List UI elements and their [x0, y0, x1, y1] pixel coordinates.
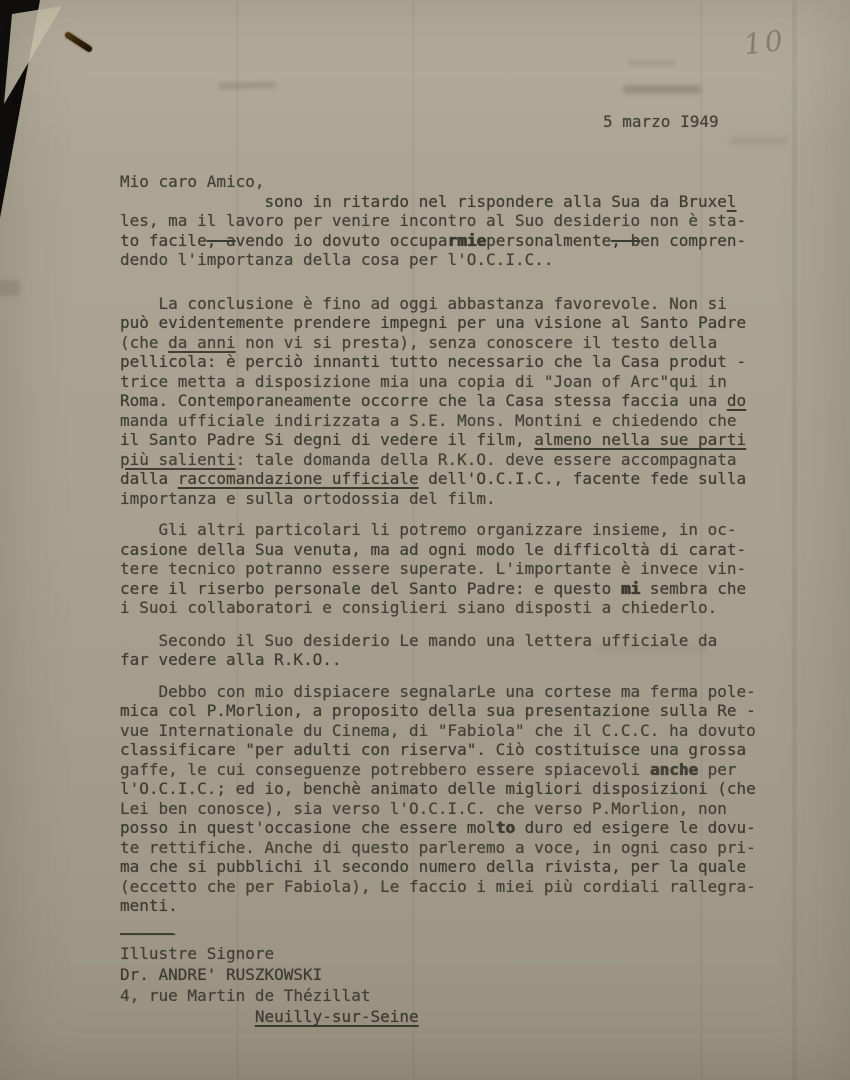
text-segment: gaffe, le cui conseguenze potrebbero ess… [120, 760, 650, 779]
text-line: gaffe, le cui conseguenze potrebbero ess… [120, 760, 810, 780]
text-segment: sono in ritardo nel rispondere alla Sua … [120, 192, 727, 211]
text-line: casione della Sua venuta, ma ad ogni mod… [120, 540, 810, 560]
paragraph: Debbo con mio dispiacere segnalarLe una … [120, 682, 810, 916]
recipient-line: 4, rue Martin de Thézillat [120, 985, 810, 1006]
text-line: trice metta a disposizione mia una copia… [120, 372, 810, 392]
text-segment: pellicola: è perciò innanti tutto necess… [120, 352, 746, 371]
text-segment: Lei ben conosce), sia verso l'O.C.I.C. c… [120, 799, 727, 818]
text-segment: vendo io dovuto occupa [236, 231, 448, 250]
text-line: ma che si pubblichi il secondo numero de… [120, 857, 810, 877]
text-line: menti. [120, 896, 810, 916]
text-line: pellicola: è perciò innanti tutto necess… [120, 352, 810, 372]
text-segment: duro ed esigere le dovu- [515, 818, 756, 837]
text-segment: Debbo con mio dispiacere segnalarLe una … [120, 682, 756, 701]
text-segment: almeno nella sue parti [534, 430, 746, 449]
text-line: i Suoi collaboratori e consiglieri siano… [120, 598, 810, 618]
text-line: cere il riserbo personale del Santo Padr… [120, 579, 810, 599]
letter-body: Mio caro Amico, sono in ritardo nel risp… [120, 172, 810, 916]
text-segment: La conclusione è fino ad oggi abbastanza… [120, 294, 727, 313]
text-segment: te rettifiche. Anche di questo parleremo… [120, 838, 756, 857]
text-line: importanza e sulla ortodossia del film. [120, 489, 810, 509]
paragraph: Mio caro Amico, sono in ritardo nel risp… [120, 172, 810, 270]
text-segment: Secondo il Suo desiderio Le mando una le… [120, 631, 717, 650]
text-line: il Santo Padre Si degni di vedere il fil… [120, 430, 810, 450]
text-segment: mi [621, 579, 640, 598]
text-segment: da anni [168, 333, 235, 352]
text-segment: classificare "per adulti con riserva". C… [120, 740, 746, 759]
text-segment: : tale domanda della R.K.O. deve essere … [236, 450, 737, 469]
recipient-block: Illustre SignoreDr. ANDRE' RUSZKOWSKI4, … [120, 943, 810, 1027]
text-segment: casione della Sua venuta, ma ad ogni mod… [120, 540, 746, 559]
text-segment: ma che si pubblichi il secondo numero de… [120, 857, 746, 876]
text-line: dendo l'importanza della cosa per l'O.C.… [120, 250, 810, 270]
text-line: può evidentemente prendere impegni per u… [120, 313, 810, 333]
text-segment: dell'O.C.I.C., facente fede sulla [419, 469, 747, 488]
text-line: Gli altri particolari li potremo organiz… [120, 520, 810, 540]
text-segment: i Suoi collaboratori e consiglieri siano… [120, 598, 717, 617]
text-line: far vedere alla R.K.O.. [120, 650, 810, 670]
text-segment: Roma. Contemporaneamente occorre che la … [120, 391, 727, 410]
text-line: l'O.C.I.C.; ed io, benchè animato delle … [120, 779, 810, 799]
text-segment: to facile [120, 231, 207, 250]
text-segment: trice metta a disposizione mia una copia… [120, 372, 727, 391]
text-line: Mio caro Amico, [120, 172, 810, 192]
text-segment: , b [611, 231, 640, 250]
text-segment: Mio caro Amico, [120, 172, 265, 191]
text-line: to facile, avendo io dovuto occuparmiepe… [120, 231, 810, 251]
text-segment: 4, rue Martin de Thézillat [120, 986, 370, 1005]
text-segment: rmie [448, 231, 487, 250]
text-segment: far vedere alla R.K.O.. [120, 650, 342, 669]
text-segment: più salienti [120, 450, 236, 469]
text-segment: raccomandazione ufficiale [178, 469, 419, 488]
text-line: dalla raccomandazione ufficiale dell'O.C… [120, 469, 810, 489]
typed-separator: ——————— [120, 924, 810, 944]
letter-date: 5 marzo I949 [603, 112, 810, 132]
text-line: manda ufficiale indirizzata a S.E. Mons.… [120, 411, 810, 431]
text-line: La conclusione è fino ad oggi abbastanza… [120, 294, 810, 314]
text-segment: en compren- [640, 231, 746, 250]
text-segment: tere tecnico potranno essere superate. L… [120, 559, 746, 578]
text-segment: l'O.C.I.C.; ed io, benchè animato delle … [120, 779, 756, 798]
text-line: tere tecnico potranno essere superate. L… [120, 559, 810, 579]
text-segment: sembra che [640, 579, 746, 598]
ink-mark [64, 31, 93, 53]
text-segment: to [496, 818, 515, 837]
text-segment: non vi si presta), senza conoscere il te… [236, 333, 718, 352]
text-line: te rettifiche. Anche di questo parleremo… [120, 838, 810, 858]
text-segment: Gli altri particolari li potremo organiz… [120, 520, 737, 539]
recipient-line: Illustre Signore [120, 943, 810, 964]
text-segment: vue Internationale du Cinema, di "Fabiol… [120, 721, 756, 740]
text-segment: les, ma il lavoro per venire incontro al… [120, 211, 746, 230]
text-segment [120, 1007, 255, 1026]
stamp-smudge [0, 280, 20, 296]
text-line: Lei ben conosce), sia verso l'O.C.I.C. c… [120, 799, 810, 819]
text-segment: posso in quest'occasione che essere mol [120, 818, 496, 837]
text-segment: mica col P.Morlion, a proposito della su… [120, 701, 756, 720]
text-segment: Illustre Signore [120, 944, 274, 963]
text-line: vue Internationale du Cinema, di "Fabiol… [120, 721, 810, 741]
text-line: sono in ritardo nel rispondere alla Sua … [120, 192, 810, 212]
paragraph: Secondo il Suo desiderio Le mando una le… [120, 631, 810, 670]
text-segment: manda ufficiale indirizzata a S.E. Mons.… [120, 411, 737, 430]
text-segment: anche [650, 760, 698, 779]
text-line: Roma. Contemporaneamente occorre che la … [120, 391, 810, 411]
text-line: classificare "per adulti con riserva". C… [120, 740, 810, 760]
text-segment: personalmente [486, 231, 611, 250]
text-segment: per [698, 760, 737, 779]
paragraph: La conclusione è fino ad oggi abbastanza… [120, 294, 810, 509]
text-segment: il Santo Padre Si degni di vedere il fil… [120, 430, 534, 449]
text-segment: può evidentemente prendere impegni per u… [120, 313, 746, 332]
text-segment: (eccetto che per Fabiola), Le faccio i m… [120, 877, 756, 896]
text-line: più salienti: tale domanda della R.K.O. … [120, 450, 810, 470]
text-line: les, ma il lavoro per venire incontro al… [120, 211, 810, 231]
text-segment: l [727, 192, 737, 211]
recipient-line: Neuilly-sur-Seine [120, 1006, 810, 1027]
text-segment: Neuilly-sur-Seine [255, 1007, 419, 1026]
text-line: (che da anni non vi si presta), senza co… [120, 333, 810, 353]
text-line: Secondo il Suo desiderio Le mando una le… [120, 631, 810, 651]
text-segment: do [727, 391, 746, 410]
text-segment: menti. [120, 896, 178, 915]
letter-scan: 10 5 marzo I949 Mio caro Amico, sono in … [0, 0, 850, 1080]
text-line: mica col P.Morlion, a proposito della su… [120, 701, 810, 721]
text-segment: cere il riserbo personale del Santo Padr… [120, 579, 621, 598]
text-line: (eccetto che per Fabiola), Le faccio i m… [120, 877, 810, 897]
paragraph: Gli altri particolari li potremo organiz… [120, 520, 810, 618]
text-line: posso in quest'occasione che essere molt… [120, 818, 810, 838]
text-segment: (che [120, 333, 168, 352]
text-segment: Dr. ANDRE' RUSZKOWSKI [120, 965, 322, 984]
recipient-line: Dr. ANDRE' RUSZKOWSKI [120, 964, 810, 985]
text-segment: dendo l'importanza della cosa per l'O.C.… [120, 250, 553, 269]
letter-content: 5 marzo I949 Mio caro Amico, sono in rit… [120, 0, 810, 1027]
text-segment: dalla [120, 469, 178, 488]
text-segment: , a [207, 231, 236, 250]
text-segment: importanza e sulla ortodossia del film. [120, 489, 496, 508]
text-line: Debbo con mio dispiacere segnalarLe una … [120, 682, 810, 702]
